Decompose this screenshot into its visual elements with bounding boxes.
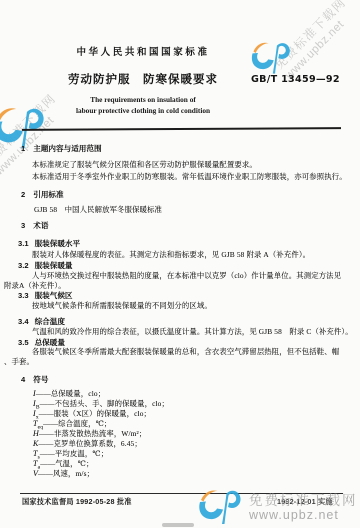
subsection-title: 服装保暖水平	[35, 239, 81, 248]
section-2-heading: 2引用标准	[21, 189, 64, 200]
symbol-item: H——非蒸发散热热流率，W/m²；	[33, 429, 169, 439]
header-rule	[22, 127, 341, 130]
up-logo-icon	[188, 486, 250, 528]
symbol-item: IB——不包括头、手、脚的保暖量，clo；	[33, 399, 169, 409]
subsection-title: 服装气候区	[35, 291, 73, 300]
section-number: 1	[21, 144, 25, 153]
symbol-item: I——总保暖量，clo；	[33, 389, 169, 399]
title-en-line1: The requirements on insulation of	[0, 94, 286, 105]
subsection-title: 综合温度	[35, 317, 65, 326]
standard-type-heading: 中华人民共和国国家标准	[0, 44, 286, 58]
subsection-number: 3.5	[18, 338, 29, 347]
watermark-site-name: 免费标准下载网	[249, 494, 358, 508]
symbol-item: Ts——平均皮温，℃；	[33, 449, 169, 459]
subsection-number: 3.1	[18, 239, 29, 248]
section-title: 符号	[33, 375, 48, 384]
section-3-heading: 3术语	[21, 220, 48, 231]
section-4-heading: 4符号	[21, 374, 48, 385]
section-number: 4	[21, 375, 25, 384]
standard-title-en: The requirements on insulation of labour…	[0, 94, 286, 116]
section-number: 2	[21, 190, 25, 199]
standard-number: GB/T 13459—92	[251, 74, 340, 85]
subsection-3-1-heading: 3.1服装保暖水平	[18, 238, 80, 249]
symbol-item: Ix——服装（X区）的保暖量，clo；	[33, 409, 169, 419]
section-title: 主题内容与适用范围	[33, 144, 101, 153]
subsection-3-4-body: 气温和风的致冷作用的综合表征，以摄氏温度计量。其计算方法，见 GJB 58 附录…	[4, 327, 345, 337]
subsection-3-2-body: 人与环境热交换过程中服装热阻的度量，在本标准中以克罗（clo）作计量单位。其测定…	[4, 271, 345, 291]
subsection-3-5-body: 各服装气候区冬季所需最大配套服装保暖量的总和，含衣表空气滞留层热阻，但不包括鞋、…	[4, 347, 345, 367]
section-1-heading: 1主题内容与适用范围	[21, 143, 102, 154]
approval-note: 国家技术监督局 1992-05-28 批准	[22, 497, 132, 507]
section-1-paragraph: 本标准适用于冬季室外作业职工的防寒服装。常年低温环境作业职工防寒服装，亦可参照执…	[32, 172, 347, 182]
section-title: 引用标准	[33, 190, 63, 199]
watermark-bottom: 免费标准下载网 www.upbz.net	[249, 494, 358, 522]
symbol-list: I——总保暖量，clo； IB——不包括头、手、脚的保暖量，clo； Ix——服…	[33, 389, 169, 479]
watermark-site-url: www.upbz.net	[249, 508, 358, 522]
symbol-item: V——风速，m/s；	[33, 469, 169, 479]
standard-title-cn: 劳动防护服 防寒保暖要求	[0, 71, 286, 87]
subsection-3-2-heading: 3.2服装保暖量	[18, 260, 73, 271]
symbol-item: K——克罗单位换算系数，6.45；	[33, 439, 169, 449]
section-1-paragraph: 本标准规定了服装气候分区限值和各区劳动防护服保暖量配置要求。	[32, 160, 257, 170]
subsection-number: 3.4	[18, 317, 29, 326]
referenced-standard: GJB 58 中国人民解放军冬服保暖标准	[34, 205, 162, 215]
subsection-3-1-body: 服装对人体保暖程度的表征。其测定方法和指标要求，见 GJB 58 附录 A（补充…	[4, 250, 345, 260]
symbol-item: Ta——气温，℃；	[33, 459, 169, 469]
subsection-3-3-body: 按地域气候条件和所需服装保暖量的不同划分的区域。	[4, 301, 345, 311]
subsection-number: 3.2	[18, 261, 29, 270]
section-number: 3	[21, 221, 25, 230]
subsection-3-4-heading: 3.4综合温度	[18, 316, 65, 327]
section-title: 术语	[33, 221, 48, 230]
subsection-number: 3.3	[18, 291, 29, 300]
symbol-item: Teq——综合温度，℃；	[33, 419, 169, 429]
subsection-title: 总保暖量	[35, 338, 65, 347]
subsection-title: 服装保暖量	[35, 261, 73, 270]
title-en-line2: labour protective clothing in cold condi…	[0, 105, 286, 116]
subsection-3-3-heading: 3.3服装气候区	[18, 290, 73, 301]
scanned-standard-page: 免费标准下载网 www.upbz.net 免费标准下载网 www.upbz.ne…	[0, 0, 360, 528]
